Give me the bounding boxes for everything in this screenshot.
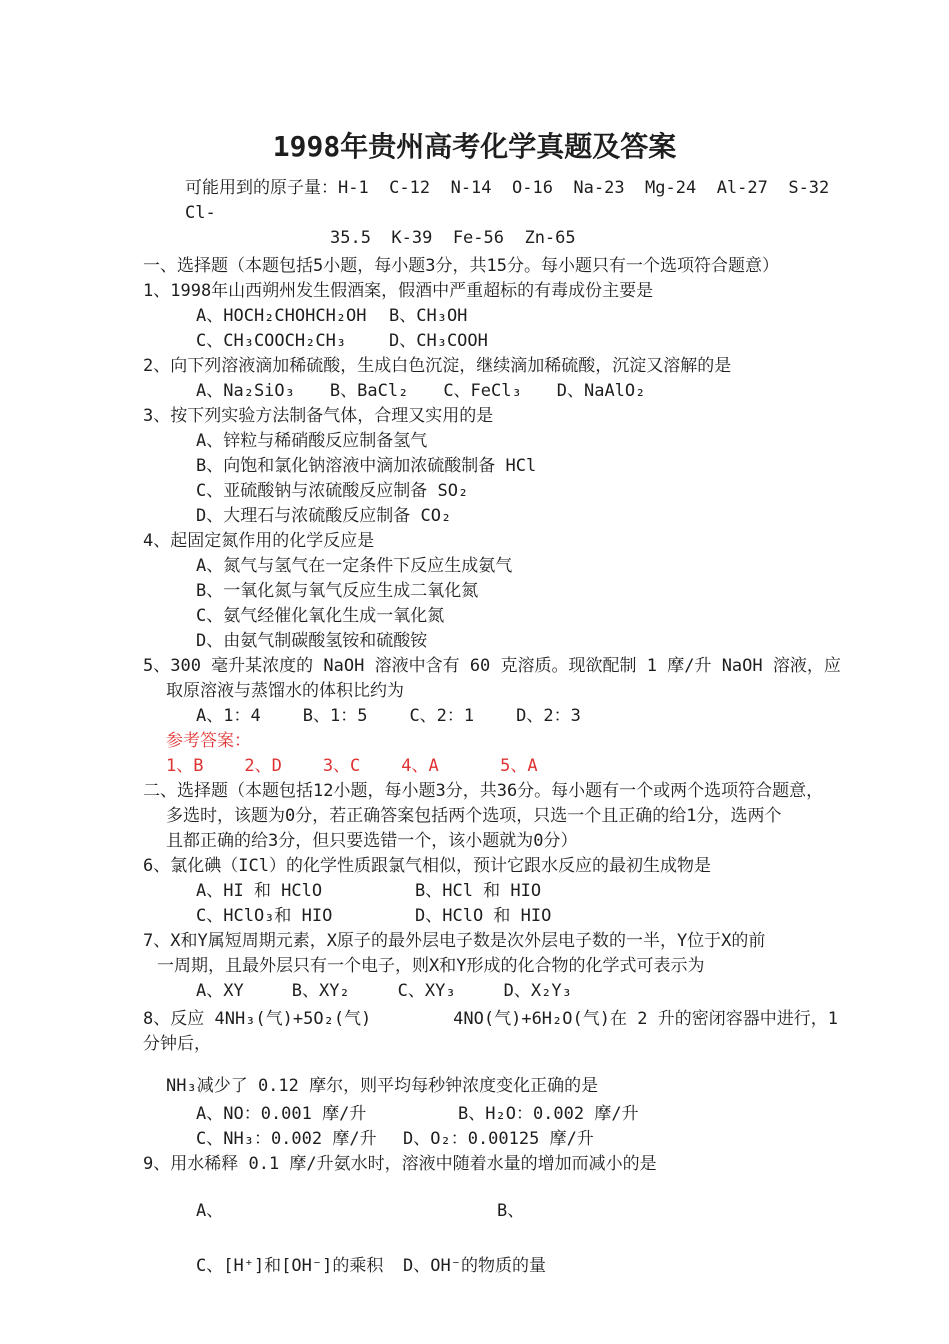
question-2: 2、向下列溶液滴加稀硫酸，生成白色沉淀，继续滴加稀硫酸，沉淀又溶解的是 A、Na… bbox=[143, 354, 851, 404]
question-4: 4、起固定氮作用的化学反应是 A、氮气与氢气在一定条件下反应生成氨气 B、一氧化… bbox=[143, 529, 851, 654]
exam-document: 1998年贵州高考化学真题及答案 可能用到的原子量：H-1 C-12 N-14 … bbox=[0, 0, 949, 1279]
section2-header: 二、选择题（本题包括12小题，每小题3分，共36分。每小题有一个或两个选项符合题… bbox=[143, 779, 851, 854]
question-9-stem: 9、用水稀释 0.1 摩/升氨水时，溶液中随着水量的增加而减小的是 bbox=[143, 1152, 851, 1177]
question-6-stem: 6、氯化碘（ICl）的化学性质跟氯气相似，预计它跟水反应的最初生成物是 bbox=[143, 854, 851, 879]
question-2-stem: 2、向下列溶液滴加稀硫酸，生成白色沉淀，继续滴加稀硫酸，沉淀又溶解的是 bbox=[143, 354, 851, 379]
atomic-masses-line2: 35.5 K-39 Fe-56 Zn-65 bbox=[143, 226, 851, 251]
question-2-option-c: C、FeCl₃ bbox=[443, 379, 521, 404]
question-3-stem: 3、按下列实验方法制备气体，合理又实用的是 bbox=[143, 404, 851, 429]
question-6-option-a: A、HI 和 HClO bbox=[196, 879, 415, 904]
question-9-option-a: A、 bbox=[196, 1199, 497, 1224]
question-9-option-b: B、 bbox=[497, 1199, 524, 1224]
question-1-stem: 1、1998年山西朔州发生假酒案，假酒中严重超标的有毒成份主要是 bbox=[143, 279, 851, 304]
question-3-option-b: B、向饱和氯化钠溶液中滴加浓硫酸制备 HCl bbox=[143, 454, 851, 479]
question-6-options-row-1: A、HI 和 HClO B、HCl 和 HIO bbox=[143, 879, 851, 904]
question-7-option-c: C、XY₃ bbox=[398, 979, 456, 1004]
question-7-option-d: D、X₂Y₃ bbox=[504, 979, 572, 1004]
question-1-option-b: B、CH₃OH bbox=[389, 304, 467, 329]
question-6-option-c: C、HClO₃和 HIO bbox=[196, 904, 415, 929]
question-5-options-row: A、1：4 B、1：5 C、2：1 D、2：3 bbox=[143, 704, 851, 729]
atomic-masses-line1: 可能用到的原子量：H-1 C-12 N-14 O-16 Na-23 Mg-24 … bbox=[143, 176, 851, 226]
section2-header-line3: 且都正确的给3分，但只要选错一个，该小题就为0分） bbox=[143, 829, 851, 854]
section1-header: 一、选择题（本题包括5小题，每小题3分，共15分。每小题只有一个选项符合题意） bbox=[143, 254, 851, 279]
question-7-options-row: A、XY B、XY₂ C、XY₃ D、X₂Y₃ bbox=[143, 979, 851, 1004]
question-2-option-d: D、NaAlO₂ bbox=[557, 379, 646, 404]
question-5-stem-line1: 5、300 毫升某浓度的 NaOH 溶液中含有 60 克溶质。现欲配制 1 摩/… bbox=[143, 654, 851, 679]
question-3: 3、按下列实验方法制备气体，合理又实用的是 A、锌粒与稀硝酸反应制备氢气 B、向… bbox=[143, 404, 851, 529]
question-8: 8、反应 4NH₃(气)+5O₂(气) 4NO(气)+6H₂O(气)在 2 升的… bbox=[143, 1007, 851, 1152]
question-7: 7、X和Y属短周期元素，X原子的最外层电子数是次外层电子数的一半，Y位于X的前 … bbox=[143, 929, 851, 1004]
question-7-option-b: B、XY₂ bbox=[292, 979, 350, 1004]
question-9: 9、用水稀释 0.1 摩/升氨水时，溶液中随着水量的增加而减小的是 A、 B、 … bbox=[143, 1152, 851, 1279]
question-7-option-a: A、XY bbox=[196, 979, 244, 1004]
question-3-option-a: A、锌粒与稀硝酸反应制备氢气 bbox=[143, 429, 851, 454]
question-2-option-b: B、BaCl₂ bbox=[330, 379, 408, 404]
question-9-option-c: C、[H⁺]和[OH⁻]的乘积 bbox=[196, 1254, 403, 1279]
reference-answers-values: 1、B 2、D 3、C 4、A 5、A bbox=[143, 754, 851, 779]
reference-answers-label: 参考答案： bbox=[143, 729, 851, 754]
question-4-option-d: D、由氨气制碳酸氢铵和硫酸铵 bbox=[143, 629, 851, 654]
question-9-options-row-1: A、 B、 bbox=[143, 1199, 851, 1224]
question-3-option-d: D、大理石与浓硫酸反应制备 CO₂ bbox=[143, 504, 851, 529]
question-8-option-d: D、O₂：0.00125 摩/升 bbox=[403, 1127, 594, 1152]
question-8-option-c: C、NH₃：0.002 摩/升 bbox=[196, 1127, 403, 1152]
question-5-option-a: A、1：4 bbox=[196, 704, 261, 729]
question-8-option-b: B、H₂O：0.002 摩/升 bbox=[458, 1102, 639, 1127]
question-2-option-a: A、Na₂SiO₃ bbox=[196, 379, 295, 404]
question-4-option-c: C、氨气经催化氧化生成一氧化氮 bbox=[143, 604, 851, 629]
reference-answers: 参考答案： 1、B 2、D 3、C 4、A 5、A bbox=[143, 729, 851, 779]
question-1: 1、1998年山西朔州发生假酒案，假酒中严重超标的有毒成份主要是 A、HOCH₂… bbox=[143, 279, 851, 354]
question-1-options-row-1: A、HOCH₂CHOHCH₂OH B、CH₃OH bbox=[143, 304, 851, 329]
question-6-options-row-2: C、HClO₃和 HIO D、HClO 和 HIO bbox=[143, 904, 851, 929]
question-6-option-d: D、HClO 和 HIO bbox=[415, 904, 551, 929]
question-2-options-row: A、Na₂SiO₃ B、BaCl₂ C、FeCl₃ D、NaAlO₂ bbox=[143, 379, 851, 404]
question-9-option-d: D、OH⁻的物质的量 bbox=[403, 1254, 546, 1279]
section2-header-line1: 二、选择题（本题包括12小题，每小题3分，共36分。每小题有一个或两个选项符合题… bbox=[143, 779, 851, 804]
question-6-option-b: B、HCl 和 HIO bbox=[415, 879, 541, 904]
question-8-option-a: A、NO：0.001 摩/升 bbox=[196, 1102, 458, 1127]
question-3-option-c: C、亚硫酸钠与浓硫酸反应制备 SO₂ bbox=[143, 479, 851, 504]
question-7-stem-line2: 一周期，且最外层只有一个电子，则X和Y形成的化合物的化学式可表示为 bbox=[143, 954, 851, 979]
section2-header-line2: 多选时，该题为0分，若正确答案包括两个选项，只选一个且正确的给1分，选两个 bbox=[143, 804, 851, 829]
question-4-option-a: A、氮气与氢气在一定条件下反应生成氨气 bbox=[143, 554, 851, 579]
question-5-option-c: C、2：1 bbox=[409, 704, 474, 729]
question-7-stem-line1: 7、X和Y属短周期元素，X原子的最外层电子数是次外层电子数的一半，Y位于X的前 bbox=[143, 929, 851, 954]
question-1-option-a: A、HOCH₂CHOHCH₂OH bbox=[196, 304, 389, 329]
question-8-stem: 8、反应 4NH₃(气)+5O₂(气) 4NO(气)+6H₂O(气)在 2 升的… bbox=[143, 1007, 851, 1057]
question-5-stem-line2: 取原溶液与蒸馏水的体积比约为 bbox=[143, 679, 851, 704]
question-1-option-d: D、CH₃COOH bbox=[389, 329, 488, 354]
question-8-options-row-1: A、NO：0.001 摩/升 B、H₂O：0.002 摩/升 bbox=[143, 1102, 851, 1127]
question-4-stem: 4、起固定氮作用的化学反应是 bbox=[143, 529, 851, 554]
question-9-options-row-2: C、[H⁺]和[OH⁻]的乘积 D、OH⁻的物质的量 bbox=[143, 1254, 851, 1279]
question-5-option-b: B、1：5 bbox=[303, 704, 368, 729]
question-4-option-b: B、一氧化氮与氧气反应生成二氧化氮 bbox=[143, 579, 851, 604]
question-5: 5、300 毫升某浓度的 NaOH 溶液中含有 60 克溶质。现欲配制 1 摩/… bbox=[143, 654, 851, 729]
question-5-option-d: D、2：3 bbox=[516, 704, 581, 729]
question-8-options-row-2: C、NH₃：0.002 摩/升 D、O₂：0.00125 摩/升 bbox=[143, 1127, 851, 1152]
question-8-stem-continuation: NH₃减少了 0.12 摩尔，则平均每秒钟浓度变化正确的是 bbox=[143, 1074, 851, 1099]
question-1-options-row-2: C、CH₃COOCH₂CH₃ D、CH₃COOH bbox=[143, 329, 851, 354]
question-6: 6、氯化碘（ICl）的化学性质跟氯气相似，预计它跟水反应的最初生成物是 A、HI… bbox=[143, 854, 851, 929]
question-1-option-c: C、CH₃COOCH₂CH₃ bbox=[196, 329, 389, 354]
page-title: 1998年贵州高考化学真题及答案 bbox=[0, 130, 949, 164]
